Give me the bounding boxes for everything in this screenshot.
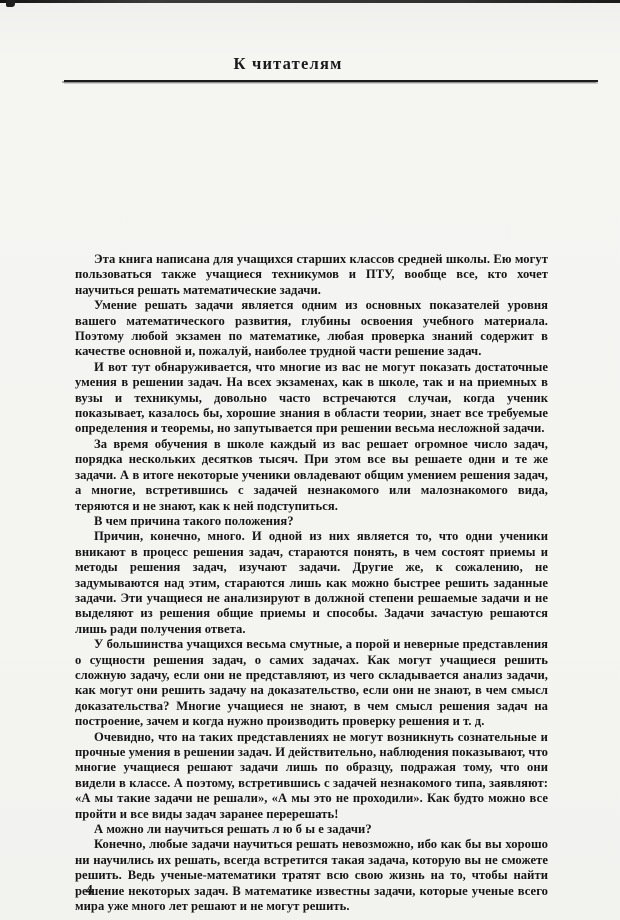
- paragraph: Причин, конечно, много. И одной из них я…: [75, 529, 548, 637]
- scan-corner-mark: [6, 0, 15, 7]
- page-title: К читателям: [0, 54, 598, 74]
- paragraph: А можно ли научиться решать л ю б ы е за…: [75, 822, 548, 837]
- paragraph: Очевидно, что на таких представлениях не…: [75, 730, 548, 822]
- paragraph: Конечно, любые задачи научиться решать н…: [75, 837, 548, 914]
- paragraph: Умение решать задачи является одним из о…: [75, 298, 548, 360]
- page-number: 4: [86, 882, 93, 898]
- heading-rule: [64, 80, 598, 82]
- paragraph: В чем причина такого положения?: [75, 514, 548, 529]
- scan-top-edge: [0, 0, 620, 3]
- body-text: Эта книга написана для учащихся старших …: [75, 252, 548, 914]
- paragraph: Эта книга написана для учащихся старших …: [75, 252, 548, 298]
- scanned-page: К читателям Эта книга написана для учащи…: [0, 0, 620, 920]
- paragraph: За время обучения в школе каждый из вас …: [75, 437, 548, 514]
- paragraph: И вот тут обнаруживается, что многие из …: [75, 360, 548, 437]
- paragraph: У большинства учащихся весьма смутные, а…: [75, 637, 548, 729]
